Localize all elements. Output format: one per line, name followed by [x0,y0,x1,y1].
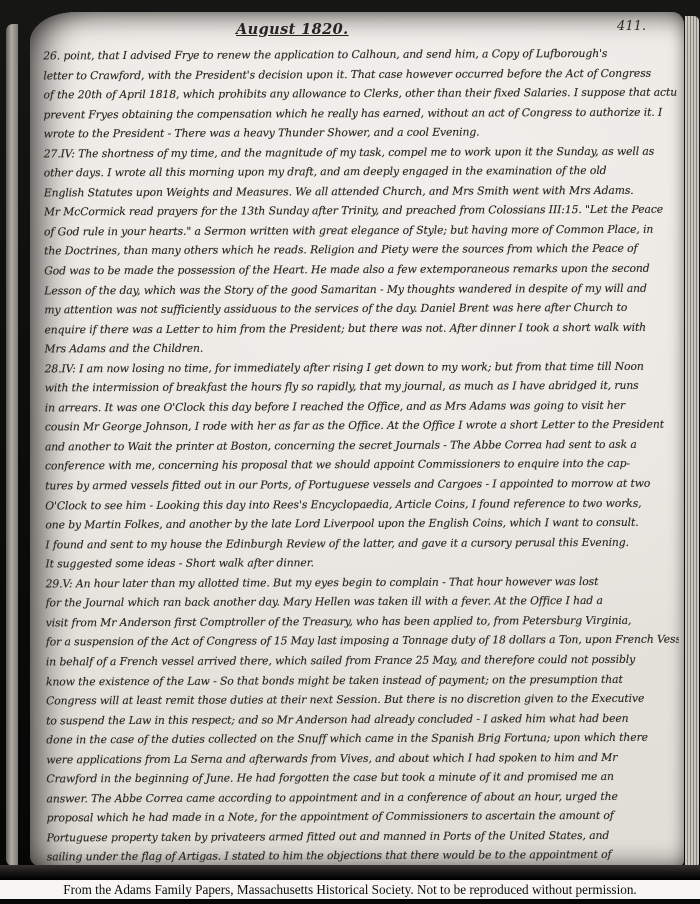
manuscript-line: other days. I wrote all this morning upo… [44,161,677,183]
book-right-page-edges [685,16,699,868]
manuscript-line: in behalf of a French vessel arrived the… [46,650,679,672]
page-header: August 1820. 411. [30,12,684,46]
manuscript-lines: 26. point, that I advised Frye to renew … [43,44,680,868]
manuscript-line: 27.IV: The shortness of my time, and the… [44,141,677,163]
manuscript-line: one by Martin Folkes, and another by the… [45,513,678,535]
manuscript-line: for the Journal which ran back another d… [46,591,679,613]
book-gutter-previous-page-edge [6,24,18,866]
manuscript-photo: August 1820. 411. 26. point, that I advi… [0,0,700,904]
page-number: 411. [617,19,646,34]
page-title-date: August 1820. [236,21,349,38]
manuscript-line: Portuguese property taken by privateers … [47,825,680,847]
manuscript-line: cousin Mr George Johnson, I rode with he… [45,415,678,437]
manuscript-line: 26. point, that I advised Frye to renew … [43,44,676,66]
diary-page: August 1820. 411. 26. point, that I advi… [30,12,684,866]
manuscript-line: my attention was not sufficiently assidu… [44,298,677,320]
manuscript-line: Congress will at least remit those dutie… [46,689,679,711]
manuscript-line: tures by armed vessels fitted out in our… [45,474,678,496]
manuscript-line: sailing under the flag of Artigas. I sta… [47,845,680,867]
manuscript-line: letter to Crawford, with the President's… [43,63,676,85]
manuscript-line: for a suspension of the Act of Congress … [46,630,679,652]
caption-bar: From the Adams Family Papers, Massachuse… [0,880,700,899]
manuscript-line: Mr McCormick read prayers for the 13th S… [44,200,677,222]
caption-text: From the Adams Family Papers, Massachuse… [63,882,636,898]
manuscript-line: God was to be made the possession of the… [44,259,677,281]
manuscript-line: I found and sent to my house the Edinbur… [45,532,678,554]
manuscript-line: prevent Fryes obtaining the compensation… [43,102,676,124]
manuscript-line: of the 20th of April 1818, which prohibi… [43,83,676,105]
manuscript-line: proposal which he had made in a Note, fo… [47,806,680,828]
manuscript-line: enquire if there was a Letter to him fro… [44,317,677,339]
book-bottom-edge [0,865,700,880]
manuscript-line: Crawford in the beginning of June. He ha… [46,767,679,789]
manuscript-line: wrote to the President - There was a hea… [44,122,677,144]
manuscript-line: English Statutes upon Weights and Measur… [44,180,677,202]
manuscript-line: with the intermission of breakfast the h… [45,376,678,398]
manuscript-line: done in the case of the duties collected… [46,728,679,750]
